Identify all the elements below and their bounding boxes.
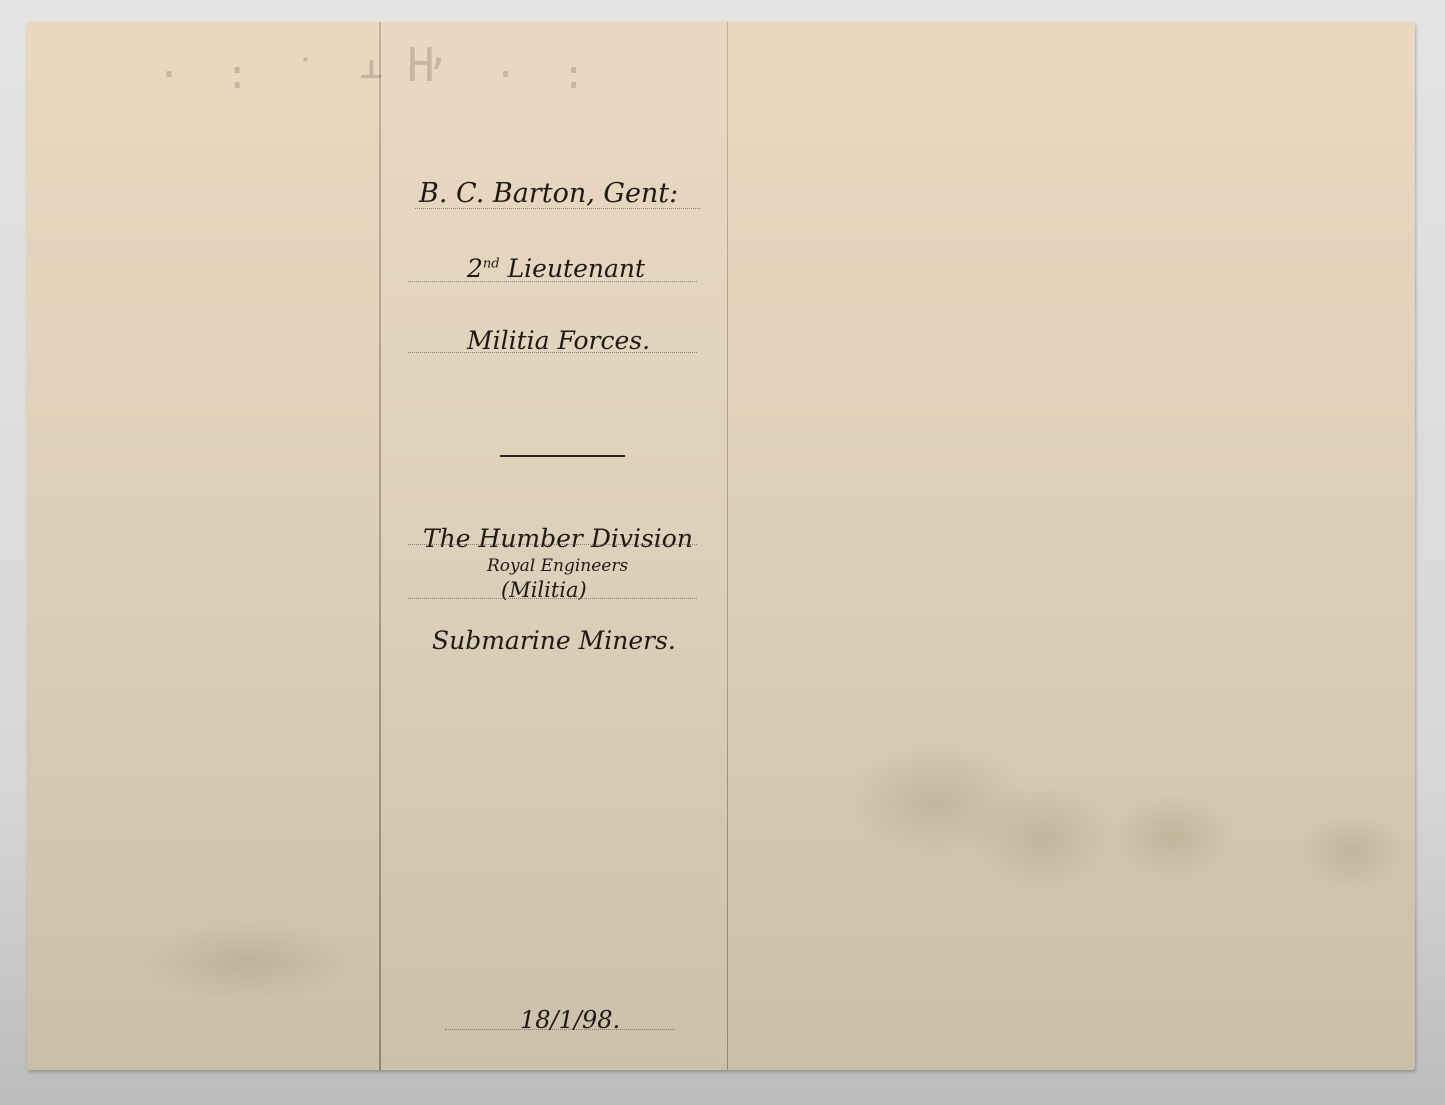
stain (1107, 792, 1237, 882)
dotted-baseline (408, 281, 697, 282)
bleed-through-letter: H (407, 38, 445, 92)
docket-corps: Royal Engineers (487, 556, 628, 576)
bleed-through-marks: · : ˙ ᚆ ʼ · : (157, 52, 596, 98)
document-sheet: · : ˙ ᚆ ʼ · : H B. C. Barton, Gent: 2nd … (27, 22, 1415, 1070)
docket-rank: 2nd Lieutenant (467, 254, 645, 283)
fold-line-right (727, 22, 728, 1070)
rank-suffix: nd (483, 257, 500, 272)
stain (967, 782, 1117, 892)
left-panel (27, 22, 379, 1070)
dotted-baseline (408, 598, 697, 599)
right-panel (727, 22, 1415, 1070)
docket-branch: Submarine Miners. (432, 626, 676, 655)
docket-unit: The Humber Division (423, 524, 693, 553)
fold-line-left (379, 22, 381, 1070)
stain (137, 922, 357, 1002)
dotted-baseline (408, 352, 697, 353)
dotted-baseline (445, 1029, 675, 1030)
dotted-baseline (408, 544, 697, 545)
section-divider-rule (500, 455, 625, 457)
rank-number: 2 (467, 254, 483, 283)
dotted-baseline (415, 208, 700, 209)
docket-force: Militia Forces. (467, 326, 650, 355)
docket-name: B. C. Barton, Gent: (419, 178, 678, 209)
rank-title: Lieutenant (508, 254, 646, 283)
stain (1297, 812, 1407, 892)
